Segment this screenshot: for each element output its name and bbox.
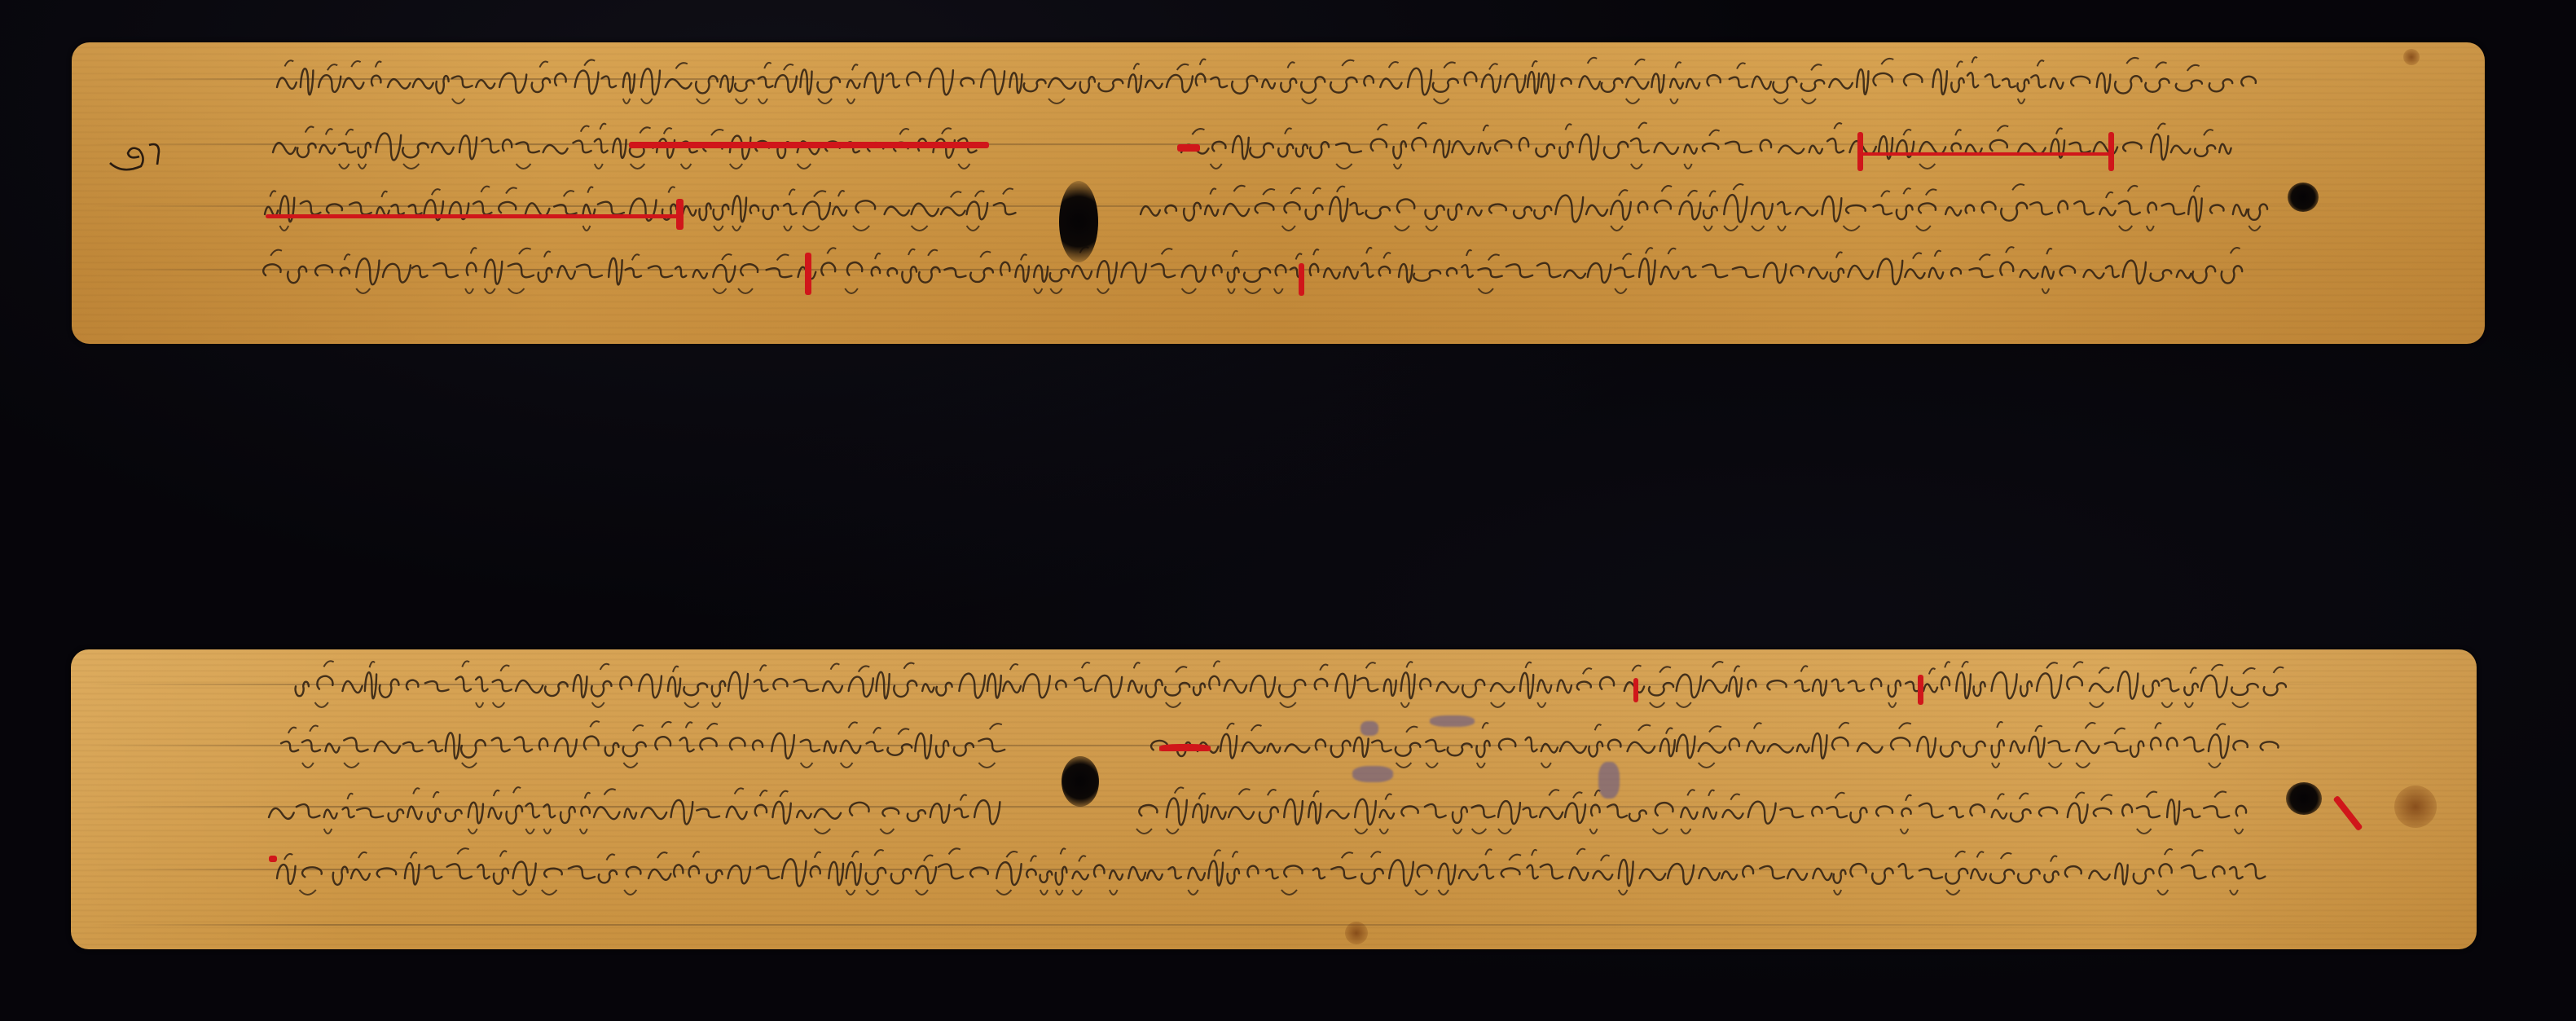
leaf-stain — [2394, 786, 2437, 828]
binding-hole — [2286, 782, 2322, 815]
pencil-mark — [1430, 715, 1475, 727]
red-correction-squiggle — [1159, 744, 1211, 751]
pencil-mark — [1361, 721, 1378, 736]
leaf-stain — [1345, 922, 1368, 944]
red-correction-dot — [269, 856, 277, 862]
binding-hole — [1062, 756, 1099, 807]
balinese-script-text — [0, 0, 2576, 1021]
pencil-mark — [1598, 762, 1620, 799]
red-correction-bar — [1633, 678, 1638, 702]
pencil-mark — [1352, 766, 1393, 782]
red-correction-bar — [1918, 675, 1923, 705]
